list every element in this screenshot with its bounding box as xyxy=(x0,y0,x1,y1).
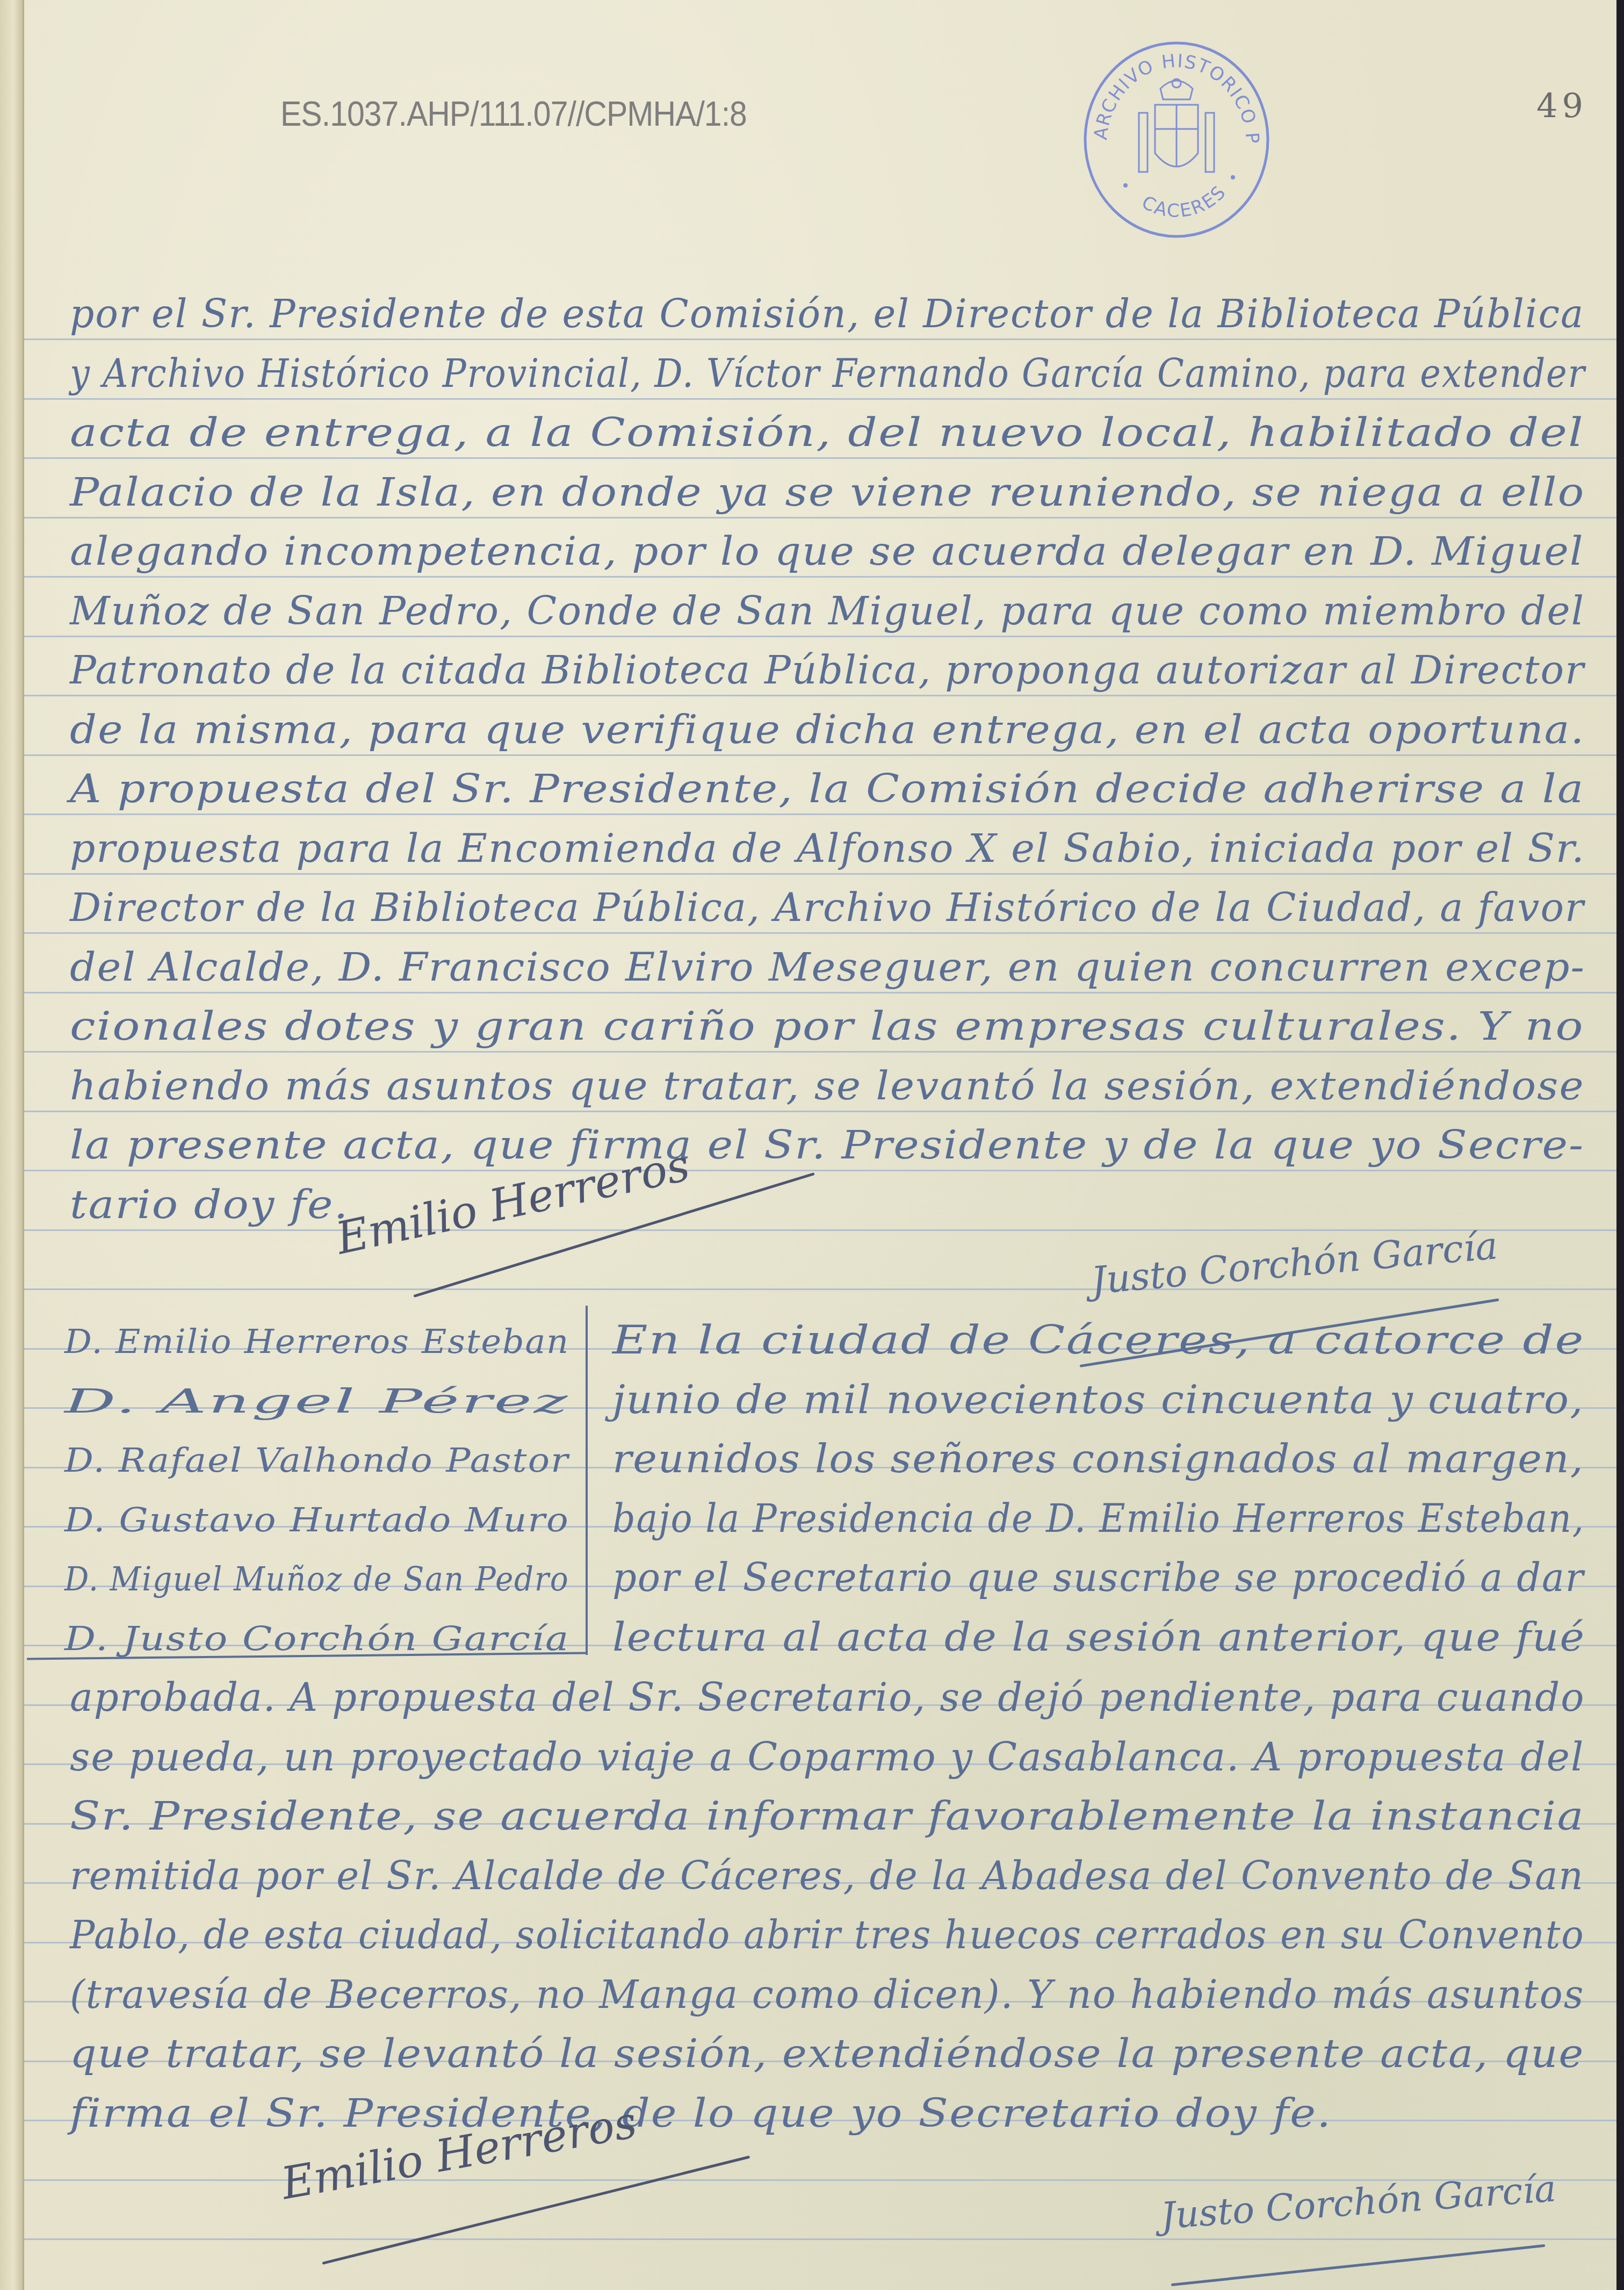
svg-text:CACERES: CACERES xyxy=(1138,181,1231,222)
handwritten-line: aprobada. A propuesta del Sr. Secretario… xyxy=(70,1675,1585,1720)
coat-of-arms-icon xyxy=(1139,79,1214,172)
handwritten-line: firma el Sr. Presidente, de lo que yo Se… xyxy=(70,2091,1332,2136)
handwritten-line: se pueda, un proyectado viaje a Coparmo … xyxy=(70,1734,1584,1780)
handwritten-line: lectura al acta de la sesión anterior, q… xyxy=(612,1615,1585,1660)
handwritten-line: Director de la Biblioteca Pública, Archi… xyxy=(70,885,1585,930)
handwritten-line: En la ciudad de Cáceres, a catorce de xyxy=(612,1317,1585,1363)
attendee-name: D. Justo Corchón García xyxy=(64,1619,569,1658)
ruled-line xyxy=(24,517,1616,519)
handwritten-line: y Archivo Histórico Provincial, D. Vícto… xyxy=(70,351,1586,396)
attendee-name: D. Emilio Herreros Esteban xyxy=(64,1322,569,1361)
attendee-name: D. Gustavo Hurtado Muro xyxy=(64,1500,569,1539)
archive-reference: ES.1037.AHP/111.07//CPMHA/1:8 xyxy=(280,94,747,134)
attendee-name: D. Rafael Valhondo Pastor xyxy=(64,1441,569,1480)
signature-flourish xyxy=(1171,2244,1546,2286)
ruled-line xyxy=(24,873,1616,875)
ruled-line xyxy=(24,1051,1616,1053)
ruled-line xyxy=(24,1111,1616,1112)
page-binding-edge xyxy=(0,0,24,2290)
document-page: ES.1037.AHP/111.07//CPMHA/1:8 ARCHIVO HI… xyxy=(0,0,1624,2290)
handwritten-line: junio de mil novecientos cincuenta y cua… xyxy=(612,1377,1584,1422)
handwritten-line: acta de entrega, a la Comisión, del nuev… xyxy=(70,410,1584,455)
handwritten-line: A propuesta del Sr. Presidente, la Comis… xyxy=(70,766,1584,811)
handwritten-line: bajo la Presidencia de D. Emilio Herrero… xyxy=(612,1496,1585,1541)
handwritten-line: Pablo, de esta ciudad, solicitando abrir… xyxy=(70,1912,1584,1957)
ruled-line xyxy=(24,1229,1616,1231)
page-right-edge xyxy=(1616,0,1624,2290)
ruled-line xyxy=(24,576,1616,578)
handwritten-line: remitida por el Sr. Alcalde de Cáceres, … xyxy=(70,1853,1584,1898)
handwritten-line: cionales dotes y gran cariño por las emp… xyxy=(70,1004,1584,1049)
ruled-line xyxy=(24,754,1616,756)
handwritten-line: que tratar, se levantó la sesión, extend… xyxy=(70,2031,1585,2076)
handwritten-line: Patronato de la citada Biblioteca Públic… xyxy=(70,647,1585,693)
stamp-bottom-text: CACERES xyxy=(1138,181,1231,222)
handwritten-line: Muñoz de San Pedro, Conde de San Miguel,… xyxy=(70,588,1585,633)
ruled-line xyxy=(24,2238,1616,2240)
margin-bracket xyxy=(586,1306,588,1655)
ruled-line xyxy=(24,992,1616,993)
ruled-line xyxy=(24,339,1616,340)
handwritten-line: la presente acta, que firma el Sr. Presi… xyxy=(70,1122,1584,1168)
ruled-line xyxy=(24,636,1616,637)
handwritten-line: habiendo más asuntos que tratar, se leva… xyxy=(70,1063,1585,1108)
signature-secretary-first: Justo Corchón García xyxy=(1089,1223,1499,1303)
ruled-line xyxy=(24,457,1616,459)
ruled-line xyxy=(24,932,1616,934)
attendee-name: D. Angel Pérez xyxy=(64,1381,569,1421)
archive-stamp-icon: ARCHIVO HISTORICO PROVINCIAL CACERES xyxy=(1080,38,1273,242)
handwritten-line: alegando incompetencia, por lo que se ac… xyxy=(70,529,1584,574)
handwritten-line: (travesía de Becerros, no Manga como dic… xyxy=(70,1972,1584,2017)
handwritten-line: propuesta para la Encomienda de Alfonso … xyxy=(70,826,1585,871)
handwritten-line: reunidos los señores consignados al marg… xyxy=(612,1436,1584,1481)
page-number: 49 xyxy=(1536,86,1587,125)
handwritten-line: Palacio de la Isla, en donde ya se viene… xyxy=(70,470,1585,515)
handwritten-line: del Alcalde, D. Francisco Elviro Mesegue… xyxy=(70,945,1585,990)
handwritten-line: por el Sr. Presidente de esta Comisión, … xyxy=(70,291,1584,336)
handwritten-line: por el Secretario que suscribe se proced… xyxy=(612,1555,1584,1600)
handwritten-line: tario doy fe. xyxy=(70,1182,349,1227)
handwritten-line: Sr. Presidente, se acuerda informar favo… xyxy=(70,1794,1585,1839)
ruled-line xyxy=(24,695,1616,696)
handwritten-line: de la misma, para que verifique dicha en… xyxy=(70,707,1585,752)
ruled-line xyxy=(24,813,1616,815)
ruled-line xyxy=(24,1288,1616,1290)
signature-secretary-second: Justo Corchón García xyxy=(1159,2167,1557,2237)
attendee-name: D. Miguel Muñoz de San Pedro xyxy=(64,1559,569,1598)
ruled-line xyxy=(24,398,1616,400)
ruled-line xyxy=(24,1170,1616,1171)
